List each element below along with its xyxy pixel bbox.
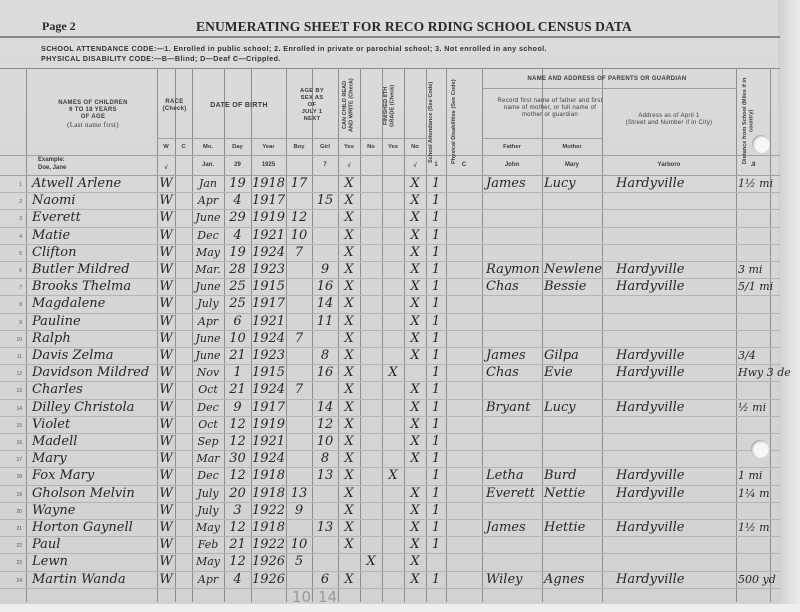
- mother-name: Newlene: [544, 263, 604, 277]
- race-cell: W: [157, 418, 175, 432]
- finished-no: X: [404, 211, 426, 225]
- birth-month: June: [190, 349, 226, 363]
- finished-no: X: [404, 418, 426, 432]
- race-cell: W: [157, 366, 175, 380]
- age-girl: 14: [312, 401, 338, 415]
- finished-no: X: [404, 194, 426, 208]
- attendance-code: 1: [426, 194, 446, 208]
- attendance-code: 1: [426, 487, 446, 501]
- attendance-code-text: SCHOOL ATTENDANCE CODE:—1. Enrolled in p…: [41, 44, 547, 54]
- birth-year: 1923: [251, 349, 286, 363]
- birth-month: May: [190, 555, 226, 569]
- row-number: 6: [8, 268, 22, 274]
- race-cell: W: [157, 521, 175, 535]
- read-write-yes: X: [338, 211, 360, 225]
- names-header: NAMES OF CHILDREN 6 TO 18 YEARS OF AGE: [28, 100, 158, 121]
- row-number: 21: [8, 526, 22, 532]
- birth-month: Oct: [190, 418, 226, 432]
- read-write-yes: X: [338, 263, 360, 277]
- address: Hardyville: [616, 366, 734, 380]
- age-girl: 16: [312, 280, 338, 294]
- birth-year: 1917: [251, 401, 286, 415]
- attendance-code: 1: [426, 435, 446, 449]
- finished-no: X: [404, 521, 426, 535]
- read-write-yes: X: [338, 229, 360, 243]
- birth-month: Nov: [190, 366, 226, 380]
- mother-name: Lucy: [544, 177, 604, 191]
- birth-month: July: [190, 297, 226, 311]
- birth-year: 1919: [251, 418, 286, 432]
- row-number: 23: [8, 560, 22, 566]
- read-write-yes: X: [338, 521, 360, 535]
- child-name: Paul: [32, 538, 157, 552]
- read-write-yes: X: [338, 401, 360, 415]
- birth-month: May: [190, 246, 226, 260]
- finished-no: X: [404, 229, 426, 243]
- child-name: Davis Zelma: [32, 349, 157, 363]
- row-number: 12: [8, 371, 22, 377]
- birth-year: 1924: [251, 332, 286, 346]
- birth-year: 1917: [251, 297, 286, 311]
- address: Hardyville: [616, 521, 734, 535]
- example-fin-no: √: [404, 163, 426, 169]
- birth-day: 29: [224, 211, 251, 225]
- finished-no: X: [404, 349, 426, 363]
- attendance-code: 1: [426, 418, 446, 432]
- read-write-no: X: [360, 555, 382, 569]
- finished-no: X: [404, 332, 426, 346]
- age-boy-label: Boy: [286, 144, 312, 150]
- column-divider: [446, 68, 447, 602]
- finished-no: X: [404, 538, 426, 552]
- rw-yes-label: Yes: [338, 144, 360, 150]
- attendance-code: 1: [426, 263, 446, 277]
- birth-month: Apr: [190, 315, 226, 329]
- father-name: James: [486, 349, 544, 363]
- birth-month: Oct: [190, 383, 226, 397]
- child-name: Butler Mildred: [32, 263, 157, 277]
- attendance-code: 1: [426, 229, 446, 243]
- read-write-yes: X: [338, 487, 360, 501]
- age-boy: 13: [286, 487, 312, 501]
- birth-year: 1926: [251, 555, 286, 569]
- address: Hardyville: [616, 349, 734, 363]
- race-w-label: W: [157, 144, 175, 150]
- mother-label: Mother: [542, 144, 602, 150]
- child-name: Magdalene: [32, 297, 157, 311]
- age-girl: 8: [312, 349, 338, 363]
- mother-name: Nettie: [544, 487, 604, 501]
- birth-year: 1915: [251, 280, 286, 294]
- father-label: Father: [482, 144, 542, 150]
- birth-day: 4: [224, 229, 251, 243]
- distance: 1½ mi: [738, 177, 798, 191]
- row-divider: [0, 330, 780, 331]
- birth-month: June: [190, 211, 226, 225]
- finished-no: X: [404, 263, 426, 277]
- mother-name: Evie: [544, 366, 604, 380]
- child-name: Pauline: [32, 315, 157, 329]
- birth-month: Sep: [190, 435, 226, 449]
- finished-no: X: [404, 297, 426, 311]
- row-divider: [0, 381, 780, 382]
- child-name: Dilley Christola: [32, 401, 157, 415]
- birth-year: 1921: [251, 435, 286, 449]
- read-write-yes: X: [338, 573, 360, 587]
- distance: 1 mi: [738, 469, 798, 483]
- race-cell: W: [157, 315, 175, 329]
- race-cell: W: [157, 452, 175, 466]
- birth-month: Mar.: [190, 263, 226, 277]
- example-name: Doe, Jane: [38, 165, 66, 171]
- row-number: 9: [8, 320, 22, 326]
- child-name: Violet: [32, 418, 157, 432]
- row-number: 5: [8, 251, 22, 257]
- birth-year: 1922: [251, 504, 286, 518]
- birth-year: 1924: [251, 452, 286, 466]
- age-girl: 6: [312, 573, 338, 587]
- parents-record-note: Record first name of father and first na…: [495, 98, 605, 119]
- race-cell: W: [157, 383, 175, 397]
- birth-day: 6: [224, 315, 251, 329]
- read-write-yes: X: [338, 504, 360, 518]
- father-name: Chas: [486, 366, 544, 380]
- row-divider: [482, 138, 602, 139]
- row-number: 7: [8, 285, 22, 291]
- row-number: 18: [8, 474, 22, 480]
- finished-no: X: [404, 487, 426, 501]
- finished-no: X: [404, 280, 426, 294]
- race-header: RACE (Check): [157, 99, 192, 113]
- read-write-yes: X: [338, 315, 360, 329]
- birth-day: 19: [224, 177, 251, 191]
- birth-day: 4: [224, 194, 251, 208]
- child-name: Charles: [32, 383, 157, 397]
- father-name: Wiley: [486, 573, 544, 587]
- example-year: 1925: [251, 162, 286, 168]
- finished-no: X: [404, 435, 426, 449]
- row-number: 4: [8, 234, 22, 240]
- example-address: Yarboro: [602, 162, 736, 168]
- birth-year: 1915: [251, 366, 286, 380]
- birth-day: 25: [224, 297, 251, 311]
- birth-day: 20: [224, 487, 251, 501]
- age-boy: 17: [286, 177, 312, 191]
- child-name: Davidson Mildred: [32, 366, 157, 380]
- disability-code-text: PHYSICAL DISABILITY CODE:—B—Blind; D—Dea…: [41, 54, 547, 64]
- read-write-yes: X: [338, 452, 360, 466]
- age-boy: 7: [286, 383, 312, 397]
- race-cell: W: [157, 401, 175, 415]
- birth-day: 12: [224, 521, 251, 535]
- birth-month: July: [190, 504, 226, 518]
- row-number: 1: [8, 182, 22, 188]
- birth-month: May: [190, 521, 226, 535]
- row-divider: [0, 433, 780, 434]
- age-girl: 15: [312, 194, 338, 208]
- example-month: Jan.: [192, 162, 224, 168]
- page-bottom-edge: [0, 604, 800, 612]
- mother-name: Burd: [544, 469, 604, 483]
- row-divider: [0, 155, 780, 156]
- distance: ½ mi: [738, 401, 798, 415]
- age-boy: 5: [286, 555, 312, 569]
- example-disability: C: [446, 162, 482, 168]
- example-attendance: 1: [426, 162, 446, 168]
- title-rule: [0, 36, 780, 38]
- attendance-code: 1: [426, 315, 446, 329]
- address: Hardyville: [616, 280, 734, 294]
- row-number: 16: [8, 440, 22, 446]
- finished-no: X: [404, 401, 426, 415]
- child-name: Ralph: [32, 332, 157, 346]
- father-name: Chas: [486, 280, 544, 294]
- age-boy: 7: [286, 332, 312, 346]
- age-boy: 12: [286, 211, 312, 225]
- age-girl: 13: [312, 469, 338, 483]
- age-girl: 16: [312, 366, 338, 380]
- read-write-yes: X: [338, 383, 360, 397]
- address: Hardyville: [616, 487, 734, 501]
- child-name: Gholson Melvin: [32, 487, 157, 501]
- birth-month: Feb: [190, 538, 226, 552]
- birth-day: 10: [224, 332, 251, 346]
- attendance-code: 1: [426, 366, 446, 380]
- age-girl: 14: [312, 297, 338, 311]
- disability-header: Physical Disabilities (See Code): [451, 78, 463, 166]
- row-divider: [0, 295, 780, 296]
- birth-month: Dec: [190, 229, 226, 243]
- dob-year-label: Year: [251, 144, 286, 150]
- race-cell: W: [157, 349, 175, 363]
- distance: 500 yd: [738, 573, 798, 587]
- birth-day: 3: [224, 504, 251, 518]
- page-title: ENUMERATING SHEET FOR RECO RDING SCHOOL …: [196, 19, 632, 35]
- attendance-code: 1: [426, 297, 446, 311]
- race-cell: W: [157, 246, 175, 260]
- read-write-yes: X: [338, 194, 360, 208]
- mother-name: Gilpa: [544, 349, 604, 363]
- birth-day: 19: [224, 246, 251, 260]
- row-divider: [0, 209, 780, 210]
- birth-day: 4: [224, 573, 251, 587]
- child-name: Mary: [32, 452, 157, 466]
- distance: 5/1 mi: [738, 280, 798, 294]
- race-cell: W: [157, 194, 175, 208]
- birth-day: 12: [224, 418, 251, 432]
- birth-month: June: [190, 280, 226, 294]
- finished-no: X: [404, 177, 426, 191]
- age-girl: 8: [312, 452, 338, 466]
- row-number: 10: [8, 337, 22, 343]
- child-name: Atwell Arlene: [32, 177, 157, 191]
- race-c-label: C: [175, 144, 192, 150]
- row-number: 15: [8, 423, 22, 429]
- finished-no: X: [404, 452, 426, 466]
- age-girl: 9: [312, 263, 338, 277]
- finished-yes: X: [382, 469, 404, 483]
- finished-no: X: [404, 504, 426, 518]
- row-divider: [0, 227, 780, 228]
- rw-no-label: No: [360, 144, 382, 150]
- example-distance: .8: [736, 162, 770, 168]
- birth-year: 1921: [251, 229, 286, 243]
- attendance-code: 1: [426, 573, 446, 587]
- row-number: 22: [8, 543, 22, 549]
- row-divider: [482, 88, 736, 89]
- birth-day: 12: [224, 435, 251, 449]
- father-name: James: [486, 177, 544, 191]
- attendance-header: School Attendance (See Code): [428, 78, 440, 166]
- row-divider: [0, 553, 780, 554]
- race-cell: W: [157, 435, 175, 449]
- birth-year: 1917: [251, 194, 286, 208]
- birth-year: 1919: [251, 211, 286, 225]
- finished-yes: X: [382, 366, 404, 380]
- read-write-yes: X: [338, 469, 360, 483]
- punch-hole: [751, 440, 769, 458]
- example-mother: Mary: [542, 162, 602, 168]
- row-divider: [0, 502, 780, 503]
- race-cell: W: [157, 263, 175, 277]
- page-number: Page 2: [42, 19, 76, 34]
- finished-no: X: [404, 315, 426, 329]
- row-number: 11: [8, 354, 22, 360]
- attendance-code: 1: [426, 349, 446, 363]
- mother-name: Bessie: [544, 280, 604, 294]
- row-number: 17: [8, 457, 22, 463]
- row-divider: [0, 313, 780, 314]
- age-boy: 9: [286, 504, 312, 518]
- age-boy: 10: [286, 229, 312, 243]
- fin-no-label: No: [404, 144, 426, 150]
- read-write-yes: X: [338, 246, 360, 260]
- father-name: James: [486, 521, 544, 535]
- example-race: √: [157, 165, 175, 171]
- row-number: 8: [8, 302, 22, 308]
- attendance-code: 1: [426, 521, 446, 535]
- example-day: 29: [224, 162, 251, 168]
- mother-name: Hettie: [544, 521, 604, 535]
- read-write-yes: X: [338, 332, 360, 346]
- address: Hardyville: [616, 177, 734, 191]
- child-name: Martin Wanda: [32, 573, 157, 587]
- read-write-yes: X: [338, 177, 360, 191]
- finished-no: X: [404, 555, 426, 569]
- father-name: Everett: [486, 487, 544, 501]
- example-father: John: [482, 162, 542, 168]
- birth-day: 12: [224, 469, 251, 483]
- child-name: Clifton: [32, 246, 157, 260]
- code-legend: SCHOOL ATTENDANCE CODE:—1. Enrolled in p…: [41, 44, 547, 64]
- birth-year: 1918: [251, 469, 286, 483]
- attendance-code: 1: [426, 211, 446, 225]
- dob-header: DATE OF BIRTH: [192, 102, 286, 109]
- mother-name: Lucy: [544, 401, 604, 415]
- attendance-code: 1: [426, 401, 446, 415]
- attendance-code: 1: [426, 504, 446, 518]
- birth-month: Apr: [190, 194, 226, 208]
- birth-day: 25: [224, 280, 251, 294]
- parents-header: NAME AND ADDRESS OF PARENTS OR GUARDIAN: [482, 76, 732, 83]
- address: Hardyville: [616, 401, 734, 415]
- birth-month: Jan: [190, 177, 226, 191]
- birth-day: 21: [224, 538, 251, 552]
- age-boy: 7: [286, 246, 312, 260]
- age-girl-label: Girl: [312, 144, 338, 150]
- example-label: Example:: [38, 157, 65, 163]
- finished-no: X: [404, 573, 426, 587]
- child-name: Everett: [32, 211, 157, 225]
- table-top-rule: [0, 68, 780, 69]
- names-subheader: (Last name first): [28, 122, 158, 129]
- row-divider: [0, 588, 780, 589]
- age-header: AGE BY SEX AS OF JULY 1 NEXT: [286, 88, 338, 123]
- read-write-yes: X: [338, 366, 360, 380]
- birth-month: June: [190, 332, 226, 346]
- row-divider: [0, 244, 780, 245]
- child-name: Lewn: [32, 555, 157, 569]
- row-number: 14: [8, 406, 22, 412]
- distance: 1½ m: [738, 521, 798, 535]
- example-girl-age: 7: [312, 162, 338, 168]
- example-rw-yes: √: [338, 163, 360, 169]
- birth-day: 12: [224, 555, 251, 569]
- age-girl: 11: [312, 315, 338, 329]
- attendance-code: 1: [426, 469, 446, 483]
- race-cell: W: [157, 211, 175, 225]
- birth-day: 30: [224, 452, 251, 466]
- race-cell: W: [157, 469, 175, 483]
- race-cell: W: [157, 229, 175, 243]
- row-number: 3: [8, 216, 22, 222]
- father-name: Raymon: [486, 263, 544, 277]
- race-cell: W: [157, 573, 175, 587]
- dob-day-label: Day: [224, 144, 251, 150]
- distance: 3/4: [738, 349, 798, 363]
- read-write-yes: X: [338, 418, 360, 432]
- read-write-yes: X: [338, 538, 360, 552]
- attendance-code: 1: [426, 280, 446, 294]
- attendance-code: 1: [426, 246, 446, 260]
- read-write-yes: X: [338, 297, 360, 311]
- address: Hardyville: [616, 469, 734, 483]
- distance: Hwy 3 de: [738, 366, 798, 380]
- dob-month-label: Mo.: [192, 144, 224, 150]
- birth-year: 1924: [251, 383, 286, 397]
- attendance-code: 1: [426, 177, 446, 191]
- father-name: Bryant: [486, 401, 544, 415]
- age-boy: 10: [286, 538, 312, 552]
- distance: 3 mi: [738, 263, 798, 277]
- race-cell: W: [157, 177, 175, 191]
- address: Hardyville: [616, 263, 734, 277]
- row-number: 24: [8, 578, 22, 584]
- birth-year: 1922: [251, 538, 286, 552]
- birth-year: 1918: [251, 487, 286, 501]
- row-divider: [338, 138, 426, 139]
- mother-name: Agnes: [544, 573, 604, 587]
- child-name: Horton Gaynell: [32, 521, 157, 535]
- age-girl: 13: [312, 521, 338, 535]
- row-number: 13: [8, 388, 22, 394]
- birth-month: Apr: [190, 573, 226, 587]
- birth-month: Dec: [190, 469, 226, 483]
- race-cell: W: [157, 487, 175, 501]
- child-name: Brooks Thelma: [32, 280, 157, 294]
- address-header: Address as of April 1 (Street and Number…: [602, 113, 736, 127]
- child-name: Wayne: [32, 504, 157, 518]
